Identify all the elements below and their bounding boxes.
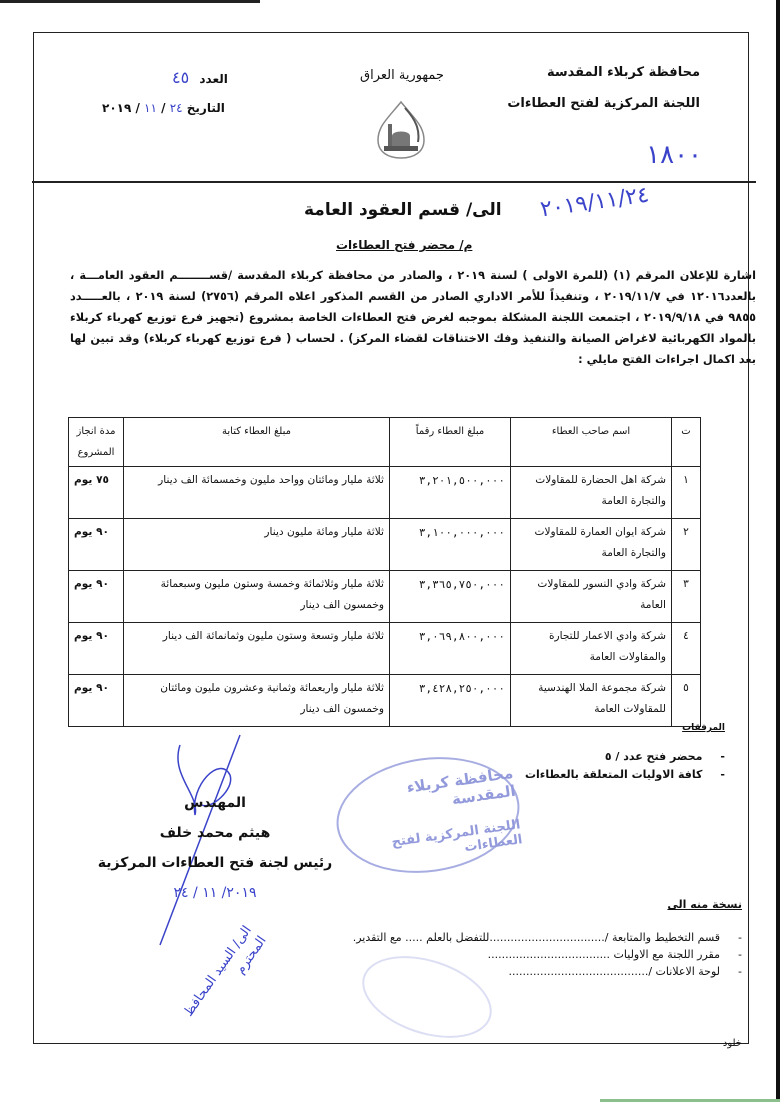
row-duration: ٩٠ يوم [69, 623, 124, 675]
attachments-list: -محضر فتح عدد / ٥ -كافة الاوليات المتعلق… [525, 748, 725, 784]
row-amount-numeric: ٣,٣٦٥,٧٥٠,٠٠٠ [390, 571, 511, 623]
row-no: ٤ [672, 623, 701, 675]
row-duration: ٩٠ يوم [69, 571, 124, 623]
scan-edge-top [0, 0, 260, 3]
row-duration: ٧٥ يوم [69, 467, 124, 519]
signer-title: المهندس [90, 788, 340, 818]
signature-date: ٢٠١٩/ ١١ / ٢٤ [90, 878, 340, 908]
col-no: ت [672, 418, 701, 467]
col-amount-numeric: مبلغ العطاء رقماً [390, 418, 511, 467]
attachments-title: المرفقات [682, 723, 725, 733]
row-amount-words: ثلاثة مليار ومائة مليون دينار [124, 519, 390, 571]
date-day: ٢٤ [170, 101, 183, 115]
table-row: ٣ شركة وادي النسور للمقاولات العامة ٣,٣٦… [69, 571, 701, 623]
row-amount-words: ثلاثة مليار وثلاثمائة وخمسة وستون مليون … [124, 571, 390, 623]
row-bidder: شركة ايوان العمارة للمقاولات والتجارة ال… [511, 519, 672, 571]
number-label: العدد [199, 72, 227, 86]
row-no: ١ [672, 467, 701, 519]
table-row: ٢ شركة ايوان العمارة للمقاولات والتجارة … [69, 519, 701, 571]
col-bidder: اسم صاحب العطاء [511, 418, 672, 467]
row-no: ٣ [672, 571, 701, 623]
scan-edge-right [776, 0, 780, 1102]
stamp-top-text: محافظة كربلاء المقدسة [353, 764, 516, 822]
row-bidder: شركة اهل الحضارة للمقاولات والتجارة العا… [511, 467, 672, 519]
signer-name: هيثم محمد خلف [90, 818, 340, 848]
signature-block: المهندس هيثم محمد خلف رئيس لجنة فتح العط… [90, 788, 340, 908]
body-paragraph: اشارة للإعلان المرقم (١) (للمرة الاولى )… [70, 265, 756, 370]
country-name: جمهورية العراق [360, 68, 444, 83]
shrine-emblem-logo [372, 100, 430, 162]
reference-number: العدد ٤٥ [172, 68, 228, 87]
row-amount-words: ثلاثة مليار ومائتان وواحد مليون وخمسمائة… [124, 467, 390, 519]
row-amount-numeric: ٣,٠٦٩,٨٠٠,٠٠٠ [390, 623, 511, 675]
org-name: محافظة كربلاء المقدسة [547, 65, 700, 80]
date-year: ٢٠١٩ [102, 101, 131, 115]
attachment-item: -محضر فتح عدد / ٥ [525, 748, 725, 766]
row-bidder: شركة مجموعة الملا الهندسية للمقاولات الع… [511, 675, 672, 727]
attachment-item: -كافة الاوليات المتعلقة بالعطاءات [525, 766, 725, 784]
table-row: ١ شركة اهل الحضارة للمقاولات والتجارة ال… [69, 467, 701, 519]
row-no: ٢ [672, 519, 701, 571]
row-amount-numeric: ٣,١٠٠,٠٠٠,٠٠٠ [390, 519, 511, 571]
table-header-row: ت اسم صاحب العطاء مبلغ العطاء رقماً مبلغ… [69, 418, 701, 467]
bids-table: ت اسم صاحب العطاء مبلغ العطاء رقماً مبلغ… [68, 417, 701, 727]
addressee-heading: الى/ قسم العقود العامة [304, 200, 502, 220]
row-amount-words: ثلاثة مليار وتسعة وستون مليون وثمانمائة … [124, 623, 390, 675]
row-amount-numeric: ٣,٤٢٨,٢٥٠,٠٠٠ [390, 675, 511, 727]
row-no: ٥ [672, 675, 701, 727]
handwritten-incoming-number: ١٨٠٠ [646, 140, 702, 170]
table-row: ٤ شركة وادي الاعمار للتجارة والمقاولات ا… [69, 623, 701, 675]
col-duration: مدة انجاز المشروع [69, 418, 124, 467]
row-bidder: شركة وادي النسور للمقاولات العامة [511, 571, 672, 623]
header-divider [32, 181, 756, 183]
row-duration: ٩٠ يوم [69, 675, 124, 727]
row-bidder: شركة وادي الاعمار للتجارة والمقاولات الع… [511, 623, 672, 675]
row-amount-numeric: ٣,٢٠١,٥٠٠,٠٠٠ [390, 467, 511, 519]
typist-initials: خلود [723, 1038, 742, 1049]
issue-date: التاريخ ٢٤ / ١١ / ٢٠١٩ [102, 101, 225, 115]
date-label: التاريخ [187, 101, 225, 115]
copies-title: نسخة منه الى [667, 898, 742, 911]
row-duration: ٩٠ يوم [69, 519, 124, 571]
committee-name: اللجنة المركزية لفتح العطاءات [507, 96, 700, 111]
col-amount-words: مبلغ العطاء كتابة [124, 418, 390, 467]
copy-item: -قسم التخطيط والمتابعة /................… [353, 929, 742, 946]
signer-position: رئيس لجنة فتح العطاءات المركزية [90, 848, 340, 878]
number-value: ٤٥ [172, 68, 189, 87]
date-month: ١١ [144, 101, 157, 115]
subject-line: م/ محضر فتح العطاءات [336, 238, 472, 252]
